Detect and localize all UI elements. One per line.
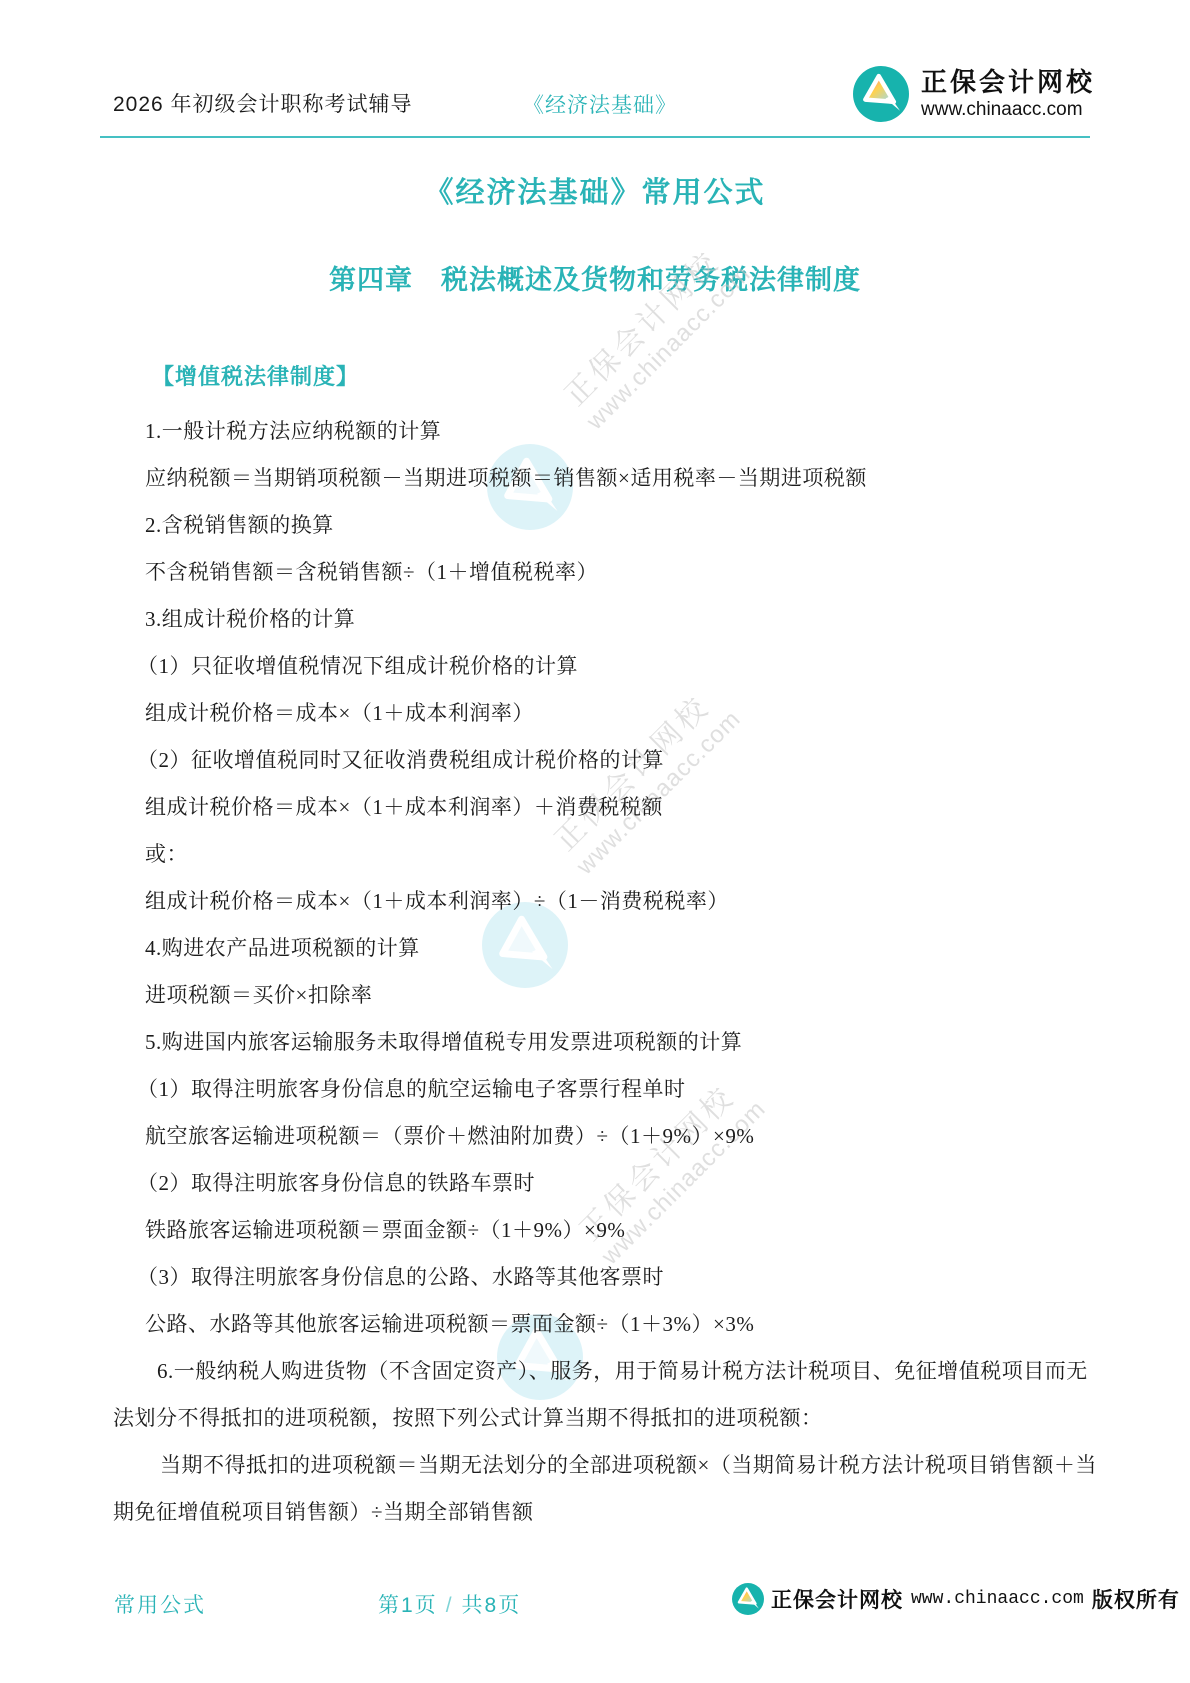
header-brand: 正保会计网校 www.chinaacc.com: [853, 66, 1095, 122]
header-divider: [100, 136, 1090, 138]
formula-line: （3）取得注明旅客身份信息的公路、水路等其他客票时: [113, 1254, 1097, 1301]
formula-line: （1）取得注明旅客身份信息的航空运输电子客票行程单时: [113, 1066, 1097, 1113]
formula-line: 4.购进农产品进项税额的计算: [113, 925, 1097, 972]
brand-logo-icon: [732, 1583, 764, 1615]
formula-line: 2.含税销售额的换算: [113, 502, 1097, 549]
formula-line: （1）只征收增值税情况下组成计税价格的计算: [113, 643, 1097, 690]
formula-line: 进项税额＝买价×扣除率: [113, 972, 1097, 1019]
footer-page-current: 第1页: [378, 1594, 438, 1617]
formula-line: 组成计税价格＝成本×（1＋成本利润率）: [113, 690, 1097, 737]
formula-line: 6.一般纳税人购进货物（不含固定资产）、服务，用于简易计税方法计税项目、免征增值…: [113, 1348, 1097, 1395]
header-subject-title: 《经济法基础》: [523, 89, 677, 119]
footer-page-separator: /: [438, 1594, 462, 1617]
formula-line: 当期不得抵扣的进项税额＝当期无法划分的全部进项税额×（当期简易计税方法计税项目销…: [113, 1442, 1097, 1489]
formula-line: 法划分不得抵扣的进项税额，按照下列公式计算当期不得抵扣的进项税额：: [113, 1395, 1097, 1442]
brand-name: 正保会计网校: [921, 69, 1095, 95]
formula-body: 1.一般计税方法应纳税额的计算 应纳税额＝当期销项税额－当期进项税额＝销售额×适…: [113, 408, 1097, 1536]
formula-line: 铁路旅客运输进项税额＝票面金额÷（1＋9%）×9%: [113, 1207, 1097, 1254]
formula-line: 或：: [113, 831, 1097, 878]
formula-line: 3.组成计税价格的计算: [113, 596, 1097, 643]
footer-section-label: 常用公式: [114, 1589, 206, 1619]
document-title: 《经济法基础》常用公式: [0, 170, 1190, 211]
document-page: 正保会计网校 www.chinaacc.com 正保会计网校 www.china…: [0, 0, 1190, 1683]
formula-line: 公路、水路等其他旅客运输进项税额＝票面金额÷（1＋3%）×3%: [113, 1301, 1097, 1348]
formula-line: （2）取得注明旅客身份信息的铁路车票时: [113, 1160, 1097, 1207]
formula-line: （2）征收增值税同时又征收消费税组成计税价格的计算: [113, 737, 1097, 784]
formula-line: 5.购进国内旅客运输服务未取得增值税专用发票进项税额的计算: [113, 1019, 1097, 1066]
brand-text: 正保会计网校 www.chinaacc.com: [921, 69, 1095, 119]
footer-brand-name: 正保会计网校: [771, 1584, 903, 1614]
footer-page-total: 共8页: [462, 1594, 522, 1617]
footer-page-indicator: 第1页/共8页: [378, 1589, 521, 1619]
section-heading: 【增值税法律制度】: [152, 360, 359, 391]
header-course-title: 2026 年初级会计职称考试辅导: [113, 88, 413, 118]
formula-line: 期免征增值税项目销售额）÷当期全部销售额: [113, 1489, 1097, 1536]
brand-logo-icon: [853, 66, 909, 122]
formula-line: 应纳税额＝当期销项税额－当期进项税额＝销售额×适用税率－当期进项税额: [113, 455, 1097, 502]
formula-line: 组成计税价格＝成本×（1＋成本利润率）＋消费税税额: [113, 784, 1097, 831]
formula-line: 1.一般计税方法应纳税额的计算: [113, 408, 1097, 455]
footer-brand-url: www.chinaacc.com: [911, 1589, 1084, 1609]
formula-line: 组成计税价格＝成本×（1＋成本利润率）÷（1－消费税税率）: [113, 878, 1097, 925]
footer-brand: 正保会计网校 www.chinaacc.com 版权所有: [732, 1583, 1180, 1615]
formula-line: 不含税销售额＝含税销售额÷（1＋增值税税率）: [113, 549, 1097, 596]
formula-line: 航空旅客运输进项税额＝（票价＋燃油附加费）÷（1＋9%）×9%: [113, 1113, 1097, 1160]
footer-copyright: 版权所有: [1092, 1584, 1180, 1614]
brand-url: www.chinaacc.com: [921, 100, 1095, 119]
chapter-title: 第四章 税法概述及货物和劳务税法律制度: [0, 258, 1190, 297]
